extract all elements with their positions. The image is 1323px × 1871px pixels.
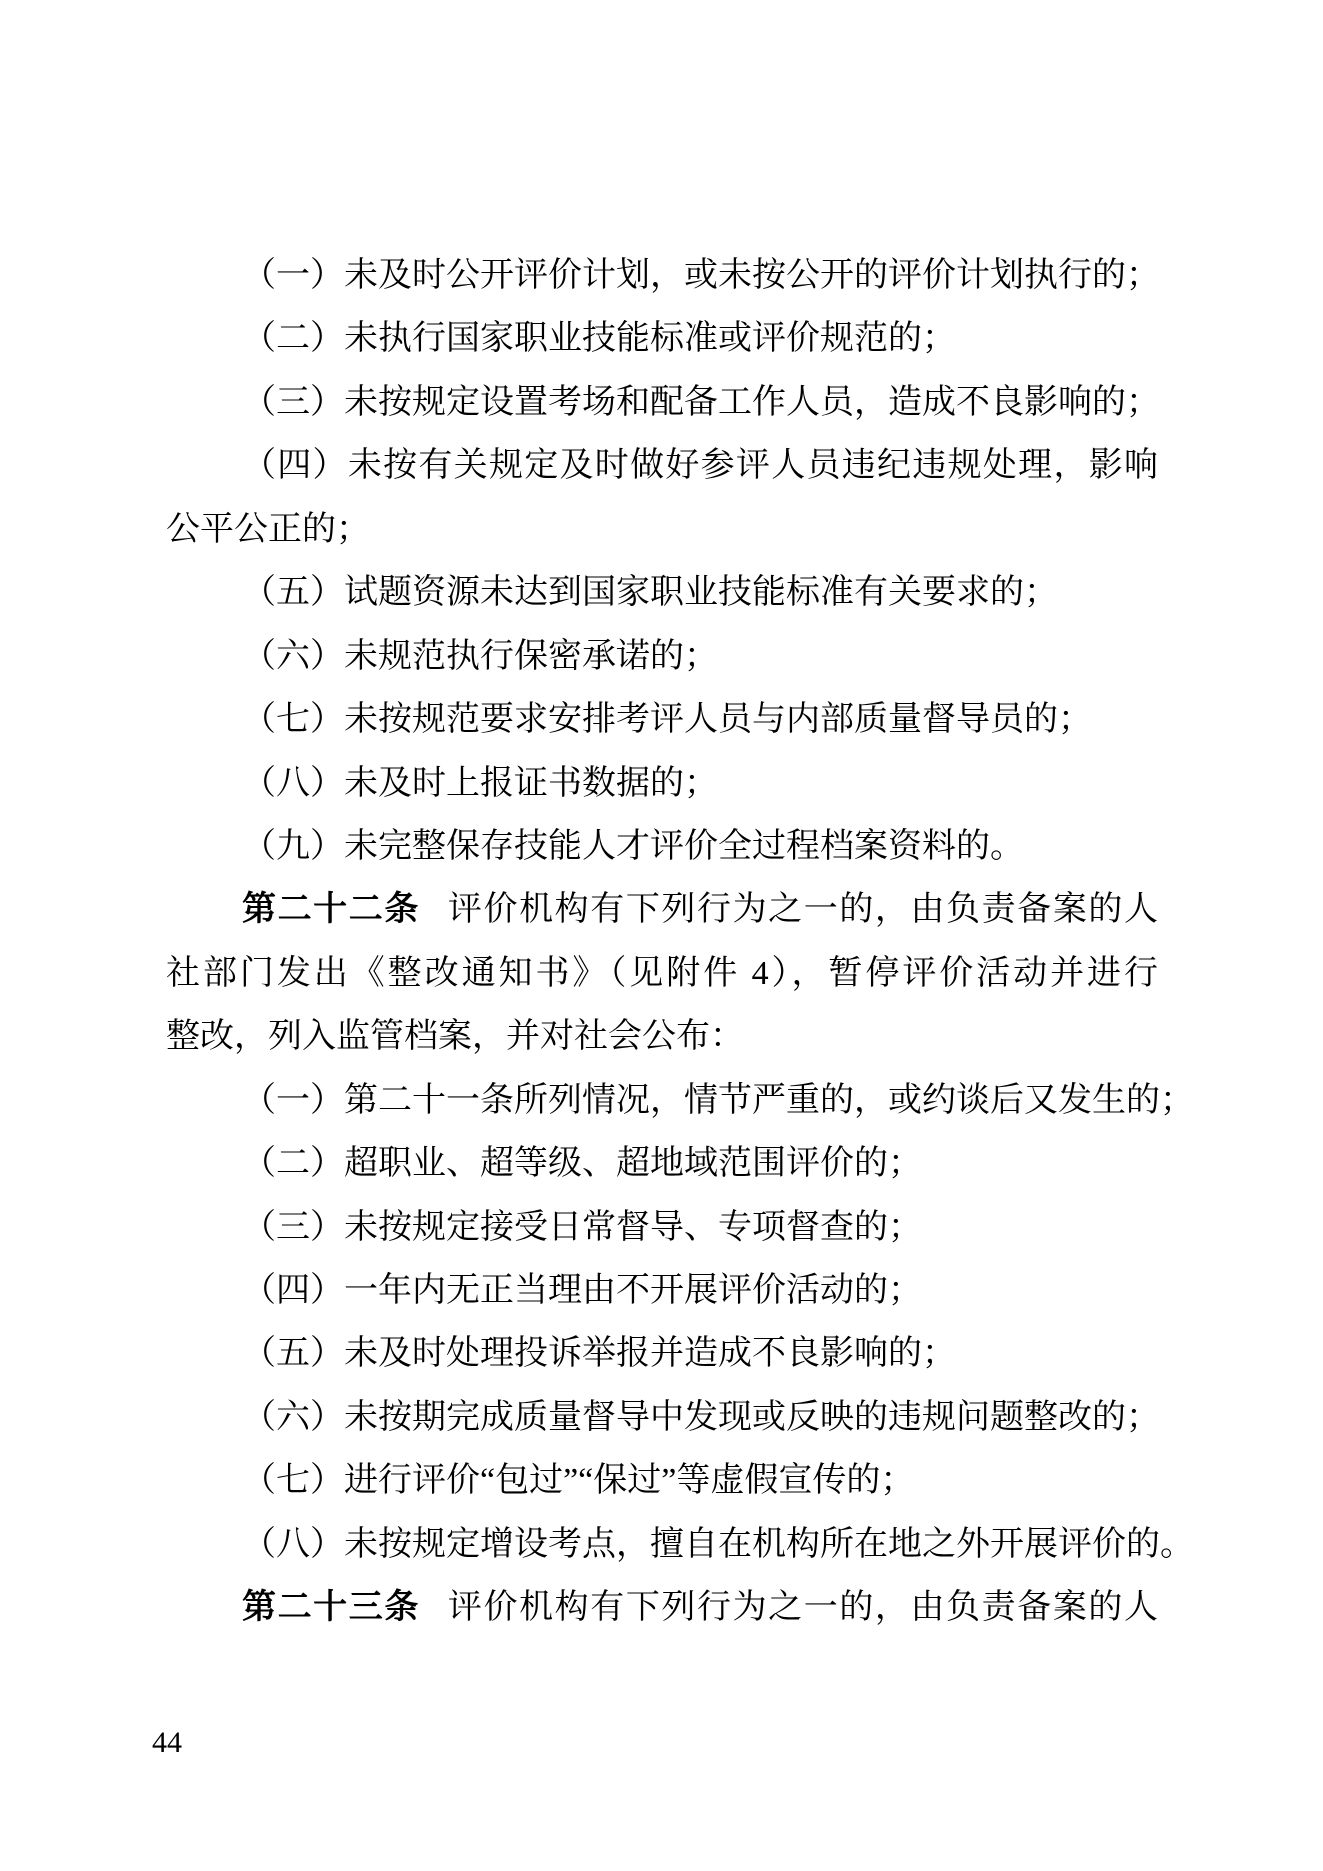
text-line: （一）第二十一条所列情况，情节严重的，或约谈后又发生的；: [166, 1069, 1158, 1132]
line-text: （九）未完整保存技能人才评价全过程档案资料的。: [242, 828, 1024, 865]
line-text: 评价机构有下列行为之一的，由负责备案的人: [448, 891, 1158, 928]
text-line: （六）未按期完成质量督导中发现或反映的违规问题整改的；: [166, 1386, 1158, 1449]
text-line: （七）进行评价“包过”“保过”等虚假宣传的；: [166, 1449, 1158, 1512]
line-text: （三）未按规定设置考场和配备工作人员，造成不良影响的；: [242, 384, 1160, 421]
line-text: （七）未按规范要求安排考评人员与内部质量督导员的；: [242, 701, 1092, 738]
line-text: （八）未按规定增设考点，擅自在机构所在地之外开展评价的。: [242, 1526, 1194, 1563]
line-text: （二）超职业、超等级、超地域范围评价的；: [242, 1145, 922, 1182]
text-line: （二）未执行国家职业技能标准或评价规范的；: [166, 307, 1158, 370]
line-text: （六）未规范执行保密承诺的；: [242, 638, 718, 675]
line-text: （四）一年内无正当理由不开展评价活动的；: [242, 1272, 922, 1309]
text-line: （九）未完整保存技能人才评价全过程档案资料的。: [166, 815, 1158, 878]
line-text: （七）进行评价“包过”“保过”等虚假宣传的；: [242, 1462, 914, 1499]
text-line: 社部门发出《整改通知书》（见附件 4），暂停评价活动并进行: [166, 942, 1158, 1005]
line-text: （三）未按规定接受日常督导、专项督查的；: [242, 1209, 922, 1246]
line-text: （一）第二十一条所列情况，情节严重的，或约谈后又发生的；: [242, 1082, 1194, 1119]
text-line: （三）未按规定接受日常督导、专项督查的；: [166, 1196, 1158, 1259]
line-text: 公平公正的；: [166, 511, 370, 548]
text-line: 第二十三条评价机构有下列行为之一的，由负责备案的人: [166, 1576, 1158, 1639]
text-line: （八）未按规定增设考点，擅自在机构所在地之外开展评价的。: [166, 1513, 1158, 1576]
line-text: （五）试题资源未达到国家职业技能标准有关要求的；: [242, 574, 1058, 611]
line-text: （八）未及时上报证书数据的；: [242, 765, 718, 802]
line-text: （一）未及时公开评价计划，或未按公开的评价计划执行的；: [242, 257, 1160, 294]
text-line: 第二十二条评价机构有下列行为之一的，由负责备案的人: [166, 878, 1158, 941]
text-line: （七）未按规范要求安排考评人员与内部质量督导员的；: [166, 688, 1158, 751]
page-number: 44: [152, 1724, 182, 1762]
text-line: （八）未及时上报证书数据的；: [166, 752, 1158, 815]
text-line: （一）未及时公开评价计划，或未按公开的评价计划执行的；: [166, 244, 1158, 307]
text-line: （五）未及时处理投诉举报并造成不良影响的；: [166, 1322, 1158, 1385]
article-number: 第二十二条: [242, 891, 420, 928]
line-text: （六）未按期完成质量督导中发现或反映的违规问题整改的；: [242, 1399, 1160, 1436]
line-text: （四）未按有关规定及时做好参评人员违纪违规处理，影响: [242, 447, 1158, 484]
text-line: （五）试题资源未达到国家职业技能标准有关要求的；: [166, 561, 1158, 624]
text-line: （三）未按规定设置考场和配备工作人员，造成不良影响的；: [166, 371, 1158, 434]
document-body: （一）未及时公开评价计划，或未按公开的评价计划执行的；（二）未执行国家职业技能标…: [166, 244, 1158, 1640]
line-text: 整改，列入监管档案，并对社会公布：: [166, 1018, 744, 1055]
text-line: （六）未规范执行保密承诺的；: [166, 625, 1158, 688]
line-text: 评价机构有下列行为之一的，由负责备案的人: [448, 1589, 1158, 1626]
article-number: 第二十三条: [242, 1589, 420, 1626]
text-line: 公平公正的；: [166, 498, 1158, 561]
text-line: （四）未按有关规定及时做好参评人员违纪违规处理，影响: [166, 434, 1158, 497]
line-text: 社部门发出《整改通知书》（见附件 4），暂停评价活动并进行: [166, 955, 1158, 992]
text-line: （四）一年内无正当理由不开展评价活动的；: [166, 1259, 1158, 1322]
text-line: 整改，列入监管档案，并对社会公布：: [166, 1005, 1158, 1068]
line-text: （二）未执行国家职业技能标准或评价规范的；: [242, 320, 956, 357]
line-text: （五）未及时处理投诉举报并造成不良影响的；: [242, 1335, 956, 1372]
document-page: （一）未及时公开评价计划，或未按公开的评价计划执行的；（二）未执行国家职业技能标…: [0, 0, 1323, 1871]
text-line: （二）超职业、超等级、超地域范围评价的；: [166, 1132, 1158, 1195]
